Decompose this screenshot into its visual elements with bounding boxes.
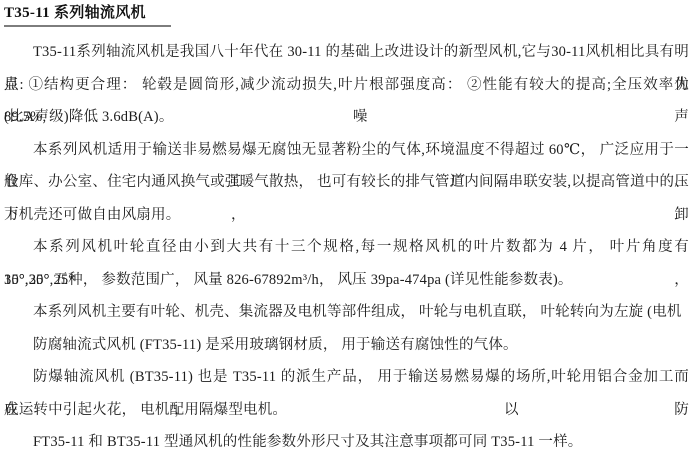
doc-line: 防腐轴流式风机 (FT35-11) 是采用玻璃钢材质， 用于输送有腐蚀性的气体。 [4, 329, 689, 362]
doc-line: 本系列风机适用于输送非易燃易爆无腐蚀无显著粉尘的气体,环境温度不得超过 60℃，… [4, 134, 689, 167]
page-title: T35-11 系列轴流风机 [4, 5, 689, 22]
doc-line: 本系列风机主要有叶轮、机壳、集流器及电机等部件组成， 叶轮与电机直联， 叶轮转向… [4, 296, 689, 329]
doc-line: 点: ①结构更合理： 轮毂是圆筒形,减少流动损失,叶片根部强度高： ②性能有较大… [4, 69, 689, 102]
doc-line: 本系列风机叶轮直径由小到大共有十三个规格,每一规格风机的叶片数都为 4 片， 叶… [4, 231, 689, 264]
doc-line: T35-11系列轴流风机是我国八十年代在 30-11 的基础上改进设计的新型风机… [4, 36, 689, 69]
doc-line: FT35-11 和 BT35-11 型通风机的性能参数外形尺寸及其注意事项都可同… [4, 426, 689, 459]
doc-line: 防爆轴流风机 (BT35-11) 也是 T35-11 的派生产品， 用于输送易燃… [4, 361, 689, 394]
document-page: T35-11 系列轴流风机 T35-11系列轴流风机是我国八十年代在 30-11… [0, 0, 696, 460]
document-body: T35-11系列轴流风机是我国八十年代在 30-11 的基础上改进设计的新型风机… [4, 36, 689, 459]
title-underline-rule [4, 25, 171, 27]
doc-line: 仓库、办公室、住宅内通风换气或强暖气散热， 也可有较长的排气管道内间隔串联安装,… [4, 166, 689, 199]
